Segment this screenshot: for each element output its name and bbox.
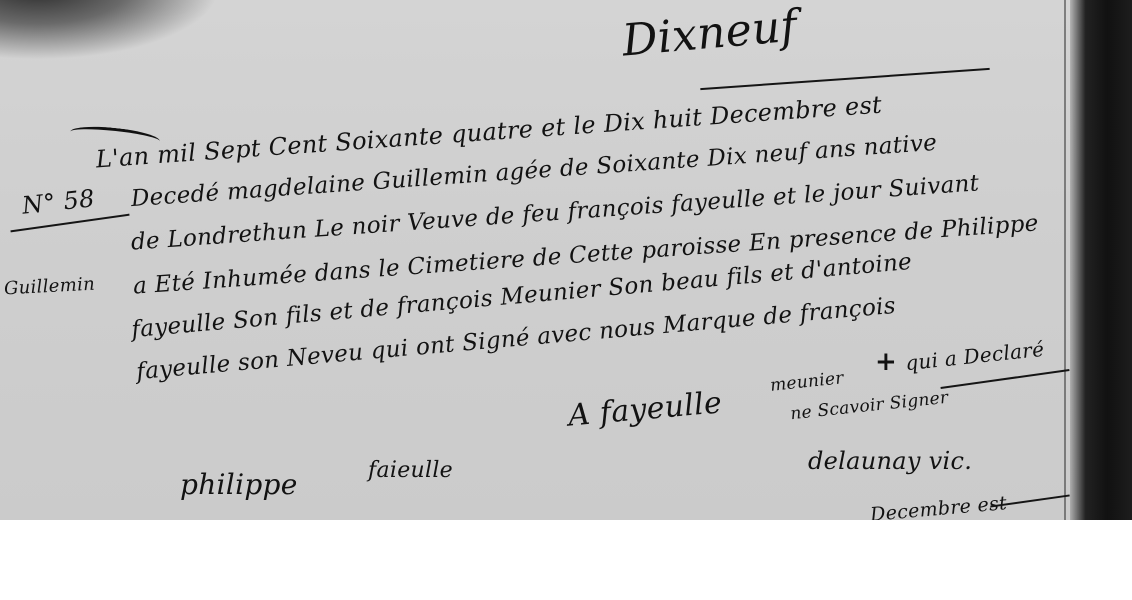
entry-number: N° 58 — [21, 184, 96, 219]
line-end-stroke — [940, 369, 1069, 389]
page-header-title: Dixneuf — [620, 0, 799, 66]
page-binding-shadow — [1070, 0, 1132, 520]
cross-mark: + — [875, 347, 897, 377]
signature-delaunay: delaunay vic. — [808, 447, 972, 475]
annotation-ne-scavoir: ne Scavoir Signer — [789, 388, 949, 424]
register-page-scan: Dixneuf N° 58 Guillemin L'an mil Sept Ce… — [0, 0, 1132, 520]
signature-fayeulle: A fayeulle — [567, 385, 724, 433]
signature-philippe: philippe — [180, 468, 298, 501]
next-entry-fragment: Decembre est — [869, 492, 1008, 520]
title-flourish — [700, 68, 989, 90]
annotation-declare: qui a Declaré — [904, 337, 1045, 375]
annotation-meunier: meunier — [769, 368, 844, 396]
signature-faieulle: faieulle — [368, 458, 453, 483]
margin-name: Guillemin — [4, 274, 96, 300]
